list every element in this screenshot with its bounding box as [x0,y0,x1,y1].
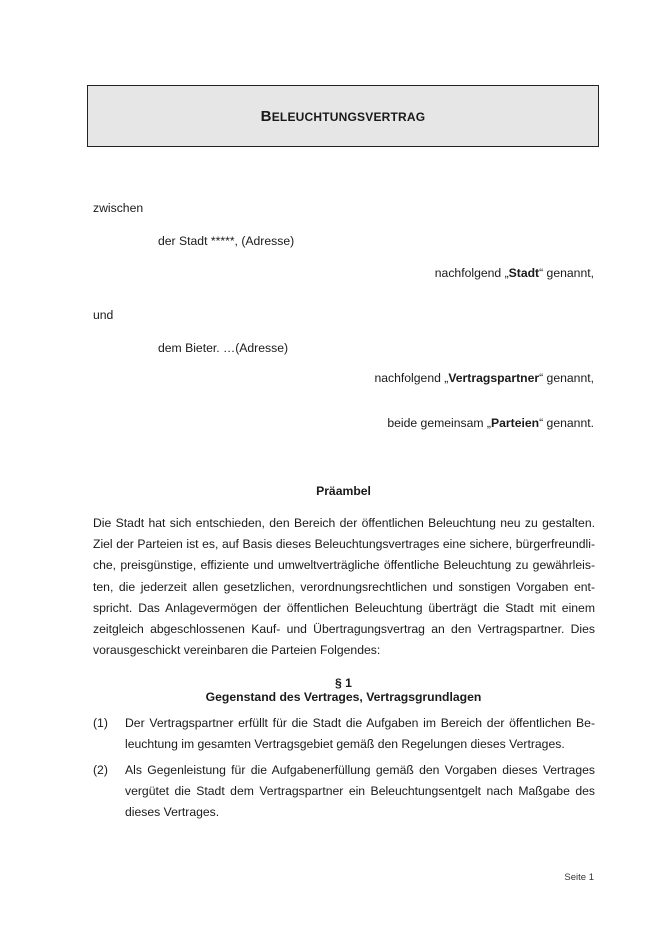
page-number: Seite 1 [564,872,594,883]
section-number: § 1 [93,676,594,690]
item-text: Als Gegenleistung für die Aufgabenerfüll… [125,760,595,824]
designation-term: Stadt [509,266,539,280]
preamble-heading: Präambel [93,484,594,498]
preamble-text: Die Stadt hat sich entschieden, den Bere… [93,513,595,661]
designation-term: Parteien [491,416,539,430]
title-box: BELEUCHTUNGSVERTRAG [87,85,599,147]
item-number: (1) [93,713,108,734]
parties-designation: beide gemeinsam „Parteien“ genannt. [387,416,594,430]
party1-name: der Stadt *****, (Adresse) [158,234,294,248]
section-title: Gegenstand des Vertrages, Vertragsgrundl… [93,690,594,704]
designation-text: “ genannt. [539,416,594,430]
designation-text: “ genannt, [539,266,594,280]
designation-text: beide gemeinsam „ [387,416,491,430]
party1-designation: nachfolgend „Stadt“ genannt, [435,266,594,280]
title-initial: B [261,108,272,125]
party2-name: dem Bieter. …(Adresse) [158,341,288,355]
designation-text: nachfolgend „ [435,266,509,280]
title-rest: ELEUCHTUNGSVERTRAG [272,110,426,124]
party2-designation: nachfolgend „Vertragspartner“ genannt, [374,371,594,385]
designation-term: Vertragspartner [448,371,539,385]
between-label: zwischen [93,201,143,215]
item-number: (2) [93,760,108,781]
preamble-paragraph: Die Stadt hat sich entschieden, den Bere… [93,513,595,661]
document-page: BELEUCHTUNGSVERTRAG zwischen der Stadt *… [0,0,656,929]
section-item: (2) Als Gegenleistung für die Aufgabener… [93,760,595,824]
designation-text: nachfolgend „ [374,371,448,385]
document-title: BELEUCHTUNGSVERTRAG [261,108,426,125]
designation-text: “ genannt, [539,371,594,385]
and-label: und [93,308,113,322]
item-text: Der Vertragspartner erfüllt für die Stad… [125,713,595,755]
section-item: (1) Der Vertragspartner erfüllt für die … [93,713,595,755]
